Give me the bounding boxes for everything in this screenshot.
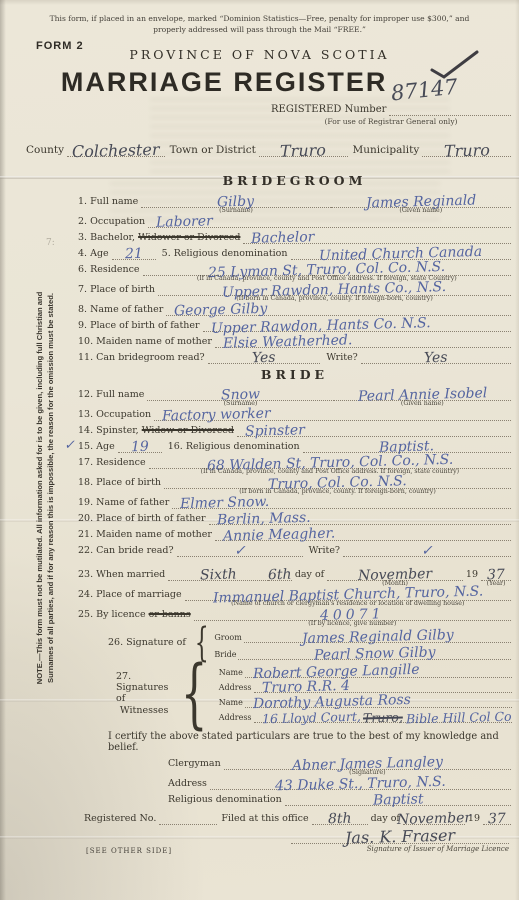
religious-denomination-label: Religious denomination: [168, 794, 285, 806]
groom-can-read: Yes: [252, 351, 276, 366]
signature-of-label: 26. Signature of: [108, 637, 189, 649]
registered-number-fill: [389, 105, 511, 116]
form-row-23: 23. When married Sixth 6th day of Novemb…: [78, 566, 511, 581]
marriage-month-field: November(Month): [327, 568, 463, 581]
religion-label: 16. Religious denomination: [162, 441, 303, 453]
form-row-18: 18. Place of birth Truro, Col. Co. N.S.(…: [78, 474, 511, 489]
mail-notice-line2: properly addressed will pass through the…: [31, 24, 488, 35]
bride-father-field: Elmer Snow.: [172, 496, 511, 509]
residence-note: (If in Canada, province, county and Post…: [201, 468, 460, 475]
registrar-use-note: (For use of Registrar General only): [271, 117, 511, 126]
occupation-label: 2. Occupation: [78, 216, 148, 228]
mother-name-label: 21. Maiden name of mother: [78, 529, 215, 541]
clergyman-address-field: 43 Duke St., Truro, N.S.: [210, 777, 511, 790]
form-row-14: 14. Spinster, Widow or Divorced Spinster: [78, 422, 511, 437]
given-name-note: (Given name): [399, 207, 442, 214]
can-read-label: 22. Can bride read?: [78, 545, 177, 557]
full-name-label: 12. Full name: [78, 389, 147, 401]
birthplace-note: (If born in Canada, province, county. If…: [236, 295, 433, 302]
mail-notice-line1: This form, if placed in an envelope, mar…: [31, 13, 488, 24]
bride-status-field: Spinster: [237, 424, 511, 437]
groom-birthplace-field: Upper Rawdon, Hants Co., N.S.(If born in…: [158, 283, 511, 296]
witness2-address-part2: Bible Hill Col Co: [406, 711, 512, 726]
groom-write-field: Yes: [361, 351, 511, 364]
groom-can-write: Yes: [424, 351, 448, 366]
spinster-label: 14. Spinster,: [78, 425, 142, 437]
spinster-struck-label: Widow or Divorced: [142, 425, 237, 437]
form-row-1: 1. Full name Gilby(Surname) James Regina…: [78, 193, 511, 208]
birthplace-label: 18. Place of birth: [78, 477, 164, 489]
county-field: Colchester: [67, 143, 165, 157]
month-note: (Month): [382, 580, 408, 587]
form-row-8: 8. Name of father George Gilby: [78, 301, 511, 316]
county-label: County: [26, 144, 67, 157]
witness-label-line1: 27. Signatures of: [116, 671, 168, 705]
province-heading: PROVINCE OF NOVA SCOTIA: [0, 47, 519, 62]
filed-month-field: November: [403, 812, 465, 825]
bride-age: 19: [131, 440, 149, 454]
witness2-address-struck: Truro,: [363, 711, 403, 725]
residence-note: (If in Canada, province, county and Post…: [197, 275, 457, 282]
filed-day-field: 8th: [312, 812, 368, 825]
town-label: Town or District: [165, 144, 259, 157]
groom-residence-field: 25 Lyman St, Truro, Col. Co. N.S.(If in …: [143, 263, 511, 276]
groom-father-birthplace-field: Upper Rawdon, Hants Co. N.S.: [203, 319, 511, 332]
filing-row: Registered No. Filed at this office 8th …: [84, 810, 511, 825]
marriage-day-word: Sixth: [200, 568, 237, 583]
bride-father: Elmer Snow.: [180, 495, 270, 511]
filed-day: 8th: [328, 811, 352, 826]
issuer-signature-field: Jas. K. Fraser: [291, 829, 509, 844]
bride-write-field: ✓: [343, 544, 511, 557]
groom-label: Groom: [214, 633, 243, 643]
witness1-name-field: Robert George Langille: [245, 665, 512, 678]
marriage-register-document: FORM 2 NOTE.—This form must not be mutil…: [0, 0, 519, 900]
signature-note: (Signature): [349, 769, 385, 776]
bride-father-birthplace: Berlin, Mass.: [216, 511, 310, 527]
bride-residence-field: 68 Walden St, Truro, Col. Co., N.S.(If i…: [149, 456, 511, 469]
place-note: (Name of church or clergyman's residence…: [231, 600, 464, 607]
groom-surname-field: Gilby(Surname): [141, 195, 330, 208]
form-row-21: 21. Maiden name of mother Annie Meagher.: [78, 526, 511, 541]
address-label: Address: [219, 713, 254, 723]
filed-year: 37: [488, 812, 506, 826]
municipality-field: Truro: [422, 143, 511, 157]
licence-number-field: 40071(If by licence, give number): [194, 608, 511, 621]
groom-father: George Gilby: [174, 302, 268, 318]
clergyman-label: Clergyman: [168, 758, 224, 770]
form-row-24: 24. Place of marriage Immanuel Baptist C…: [78, 586, 511, 601]
county-value: Colchester: [72, 142, 160, 160]
document-title: MARRIAGE REGISTER: [61, 67, 388, 98]
clergyman-religion: Baptist: [372, 792, 423, 807]
witness-label-line2: Witnesses: [120, 705, 168, 716]
clergyman-address-row: Address 43 Duke St., Truro, N.S.: [168, 775, 511, 790]
write-label: Write?: [303, 545, 343, 557]
groom-given-field: James Reginald(Given name): [331, 195, 511, 208]
marriage-year-field: 37(Year): [481, 568, 511, 581]
licence-note: (If by licence, give number): [308, 620, 396, 627]
filed-month: November: [397, 811, 471, 827]
bride-mother-field: Annie Meagher.: [215, 528, 511, 541]
place-of-marriage-label: 24. Place of marriage: [78, 589, 185, 601]
bottom-row: [SEE OTHER SIDE] Jas. K. Fraser Signatur…: [86, 829, 509, 855]
bride-heading: BRIDE: [78, 367, 511, 382]
form-row-2: 2. Occupation Laborer: [78, 213, 511, 228]
clergyman-religion-field: Baptist: [285, 793, 511, 806]
groom-signature-field: James Reginald Gilby: [244, 630, 511, 643]
registered-no-field: [159, 824, 217, 825]
bride-can-read: ✓: [234, 544, 246, 558]
issuer-signature-block: Jas. K. Fraser Signature of Issuer of Ma…: [291, 829, 509, 853]
religion-label: 5. Religious denomination: [156, 248, 291, 260]
by-licence-label: 25. By licence: [78, 609, 149, 621]
bride-occupation-field: Factory worker: [154, 408, 511, 421]
witness1-address-field: Truro R.R. 4: [254, 680, 512, 693]
form-row-27: 27. Signatures of Witnesses { Name Rober…: [116, 663, 511, 724]
address-label: Address: [168, 778, 210, 790]
mother-name-label: 10. Maiden name of mother: [78, 336, 215, 348]
municipality-value: Truro: [443, 142, 489, 159]
when-married-label: 23. When married: [78, 569, 168, 581]
bride-birthplace-field: Truro, Col. Co. N.S.(If born in Canada, …: [164, 476, 511, 489]
clergyman-row: Clergyman Abner James Langley(Signature): [168, 755, 511, 770]
surname-note: (Surname): [224, 400, 258, 407]
name-label: Name: [219, 668, 245, 678]
brace-glyph: {: [181, 663, 208, 724]
age-label: 15. Age: [78, 441, 118, 453]
groom-occupation-field: Laborer: [148, 215, 511, 228]
residence-label: 6. Residence: [78, 264, 143, 276]
town-value: Truro: [280, 142, 326, 159]
form-row-9: 9. Place of birth of father Upper Rawdon…: [78, 317, 511, 332]
see-other-side-label: [SEE OTHER SIDE]: [86, 847, 172, 855]
registered-no-label: Registered No.: [84, 813, 159, 825]
witness2-address-field: 16 Lloyd Court,Truro,Bible Hill Col Co: [254, 712, 512, 724]
form-row-19: 19. Name of father Elmer Snow.: [78, 494, 511, 509]
form-row-13: 13. Occupation Factory worker: [78, 406, 511, 421]
groom-status: Bachelor: [251, 230, 315, 246]
father-name-label: 8. Name of father: [78, 304, 166, 316]
father-birthplace-label: 9. Place of birth of father: [78, 320, 203, 332]
bride-occupation: Factory worker: [162, 407, 271, 424]
town-field: Truro: [259, 143, 348, 157]
certification-statement: I certify the above stated particulars a…: [108, 731, 511, 753]
marriage-day-number: 6th: [268, 568, 292, 583]
groom-signature: James Reginald Gilby: [301, 628, 453, 646]
bachelor-label: 3. Bachelor,: [78, 232, 138, 244]
groom-father-field: George Gilby: [166, 303, 511, 316]
groom-read-field: Yes: [208, 351, 321, 364]
residence-label: 17. Residence: [78, 457, 149, 469]
year-note: (Year): [486, 580, 505, 587]
bride-signature-field: Pearl Snow Gilby: [238, 647, 511, 660]
registered-number-label: REGISTERED Number: [271, 104, 389, 116]
marriage-place-field: Immanuel Baptist Church, Truro, N.S.(Nam…: [185, 588, 511, 601]
filed-year-field: 37: [483, 812, 511, 825]
form-row-11: 11. Can bridegroom read? Yes Write? Yes: [78, 349, 511, 364]
form-row-26: 26. Signature of { Groom James Reginald …: [108, 626, 511, 660]
clergyman-signature-field: Abner James Langley(Signature): [224, 757, 511, 770]
marriage-day-field: Sixth: [168, 568, 268, 581]
given-name-note: (Given name): [401, 400, 444, 407]
margin-checkmark: ✓: [64, 439, 75, 452]
full-name-label: 1. Full name: [78, 196, 141, 208]
bride-age-field: 19: [118, 440, 162, 453]
bride-signature: Pearl Snow Gilby: [314, 645, 436, 662]
form-row-15-16: ✓ 15. Age 19 16. Religious denomination …: [78, 438, 511, 453]
form-row-3: 3. Bachelor, Widower or Divorced Bachelo…: [78, 229, 511, 244]
groom-mother-field: Elsie Weatherhed.: [215, 335, 511, 348]
write-label: Write?: [320, 352, 360, 364]
groom-age: 21: [125, 247, 143, 261]
or-banns-struck-label: or banns: [149, 609, 194, 621]
can-read-label: 11. Can bridegroom read?: [78, 352, 208, 364]
witness2-address-part1: 16 Lloyd Court,: [261, 711, 360, 726]
bachelor-struck-label: Widower or Divorced: [138, 232, 243, 244]
bride-mother: Annie Meagher.: [223, 527, 336, 544]
father-name-label: 19. Name of father: [78, 497, 172, 509]
bride-religion-field: Baptist.: [303, 440, 511, 453]
bride-can-write: ✓: [421, 544, 433, 558]
father-birthplace-label: 20. Place of birth of father: [78, 513, 209, 525]
handwritten-register-number: 87147: [390, 77, 459, 105]
mail-notice: This form, if placed in an envelope, mar…: [31, 13, 488, 35]
groom-status-field: Bachelor: [243, 231, 511, 244]
filed-label: Filed at this office: [217, 813, 311, 825]
form-row-6: 6. Residence 25 Lyman St, Truro, Col. Co…: [78, 261, 511, 276]
municipality-label: Municipality: [348, 144, 423, 157]
form-row-7: 7. Place of birth Upper Rawdon, Hants Co…: [78, 281, 511, 296]
form-row-17: 17. Residence 68 Walden St, Truro, Col. …: [78, 454, 511, 469]
day-of-label: day of: [292, 569, 327, 581]
bride-given-field: Pearl Annie Isobel(Given name): [334, 388, 511, 401]
bride-surname-field: Snow(Surname): [147, 388, 333, 401]
groom-age-field: 21: [112, 247, 156, 260]
marriage-day-num-field: 6th: [268, 568, 292, 581]
birthplace-label: 7. Place of birth: [78, 284, 158, 296]
form-row-20: 20. Place of birth of father Berlin, Mas…: [78, 510, 511, 525]
birthplace-note: (If born in Canada, province, county. If…: [239, 488, 436, 495]
groom-religion-field: United Church Canada: [291, 247, 511, 260]
form-row-10: 10. Maiden name of mother Elsie Weatherh…: [78, 333, 511, 348]
bride-label: Bride: [214, 650, 238, 660]
occupation-label: 13. Occupation: [78, 409, 154, 421]
bride-read-field: ✓: [177, 544, 303, 557]
form-row-25: 25. By licence or banns 40071(If by lice…: [78, 606, 511, 621]
issuer-signature: Jas. K. Fraser: [345, 827, 455, 846]
witness-signatures-label: 27. Signatures of Witnesses: [116, 671, 170, 717]
bride-father-birthplace-field: Berlin, Mass.: [209, 512, 511, 525]
registered-number-block: REGISTERED Number (For use of Registrar …: [271, 104, 511, 126]
age-label: 4. Age: [78, 248, 112, 260]
form-row-12: 12. Full name Snow(Surname) Pearl Annie …: [78, 386, 511, 401]
name-label: Name: [219, 698, 245, 708]
address-label: Address: [219, 683, 254, 693]
groom-occupation: Laborer: [156, 214, 213, 229]
location-row: County Colchester Town or District Truro…: [26, 138, 511, 157]
form-row-22: 22. Can bride read? ✓ Write? ✓: [78, 542, 511, 557]
surname-note: (Surname): [219, 207, 253, 214]
clergyman-religion-row: Religious denomination Baptist: [168, 791, 511, 806]
year-prefix: 19: [463, 569, 481, 581]
bride-status: Spinster: [245, 423, 305, 439]
bridegroom-heading: BRIDEGROOM: [78, 173, 511, 188]
witness2-name-field: Dorothy Augusta Ross: [245, 695, 512, 708]
form-row-4-5: 4. Age 21 5. Religious denomination Unit…: [78, 245, 511, 260]
